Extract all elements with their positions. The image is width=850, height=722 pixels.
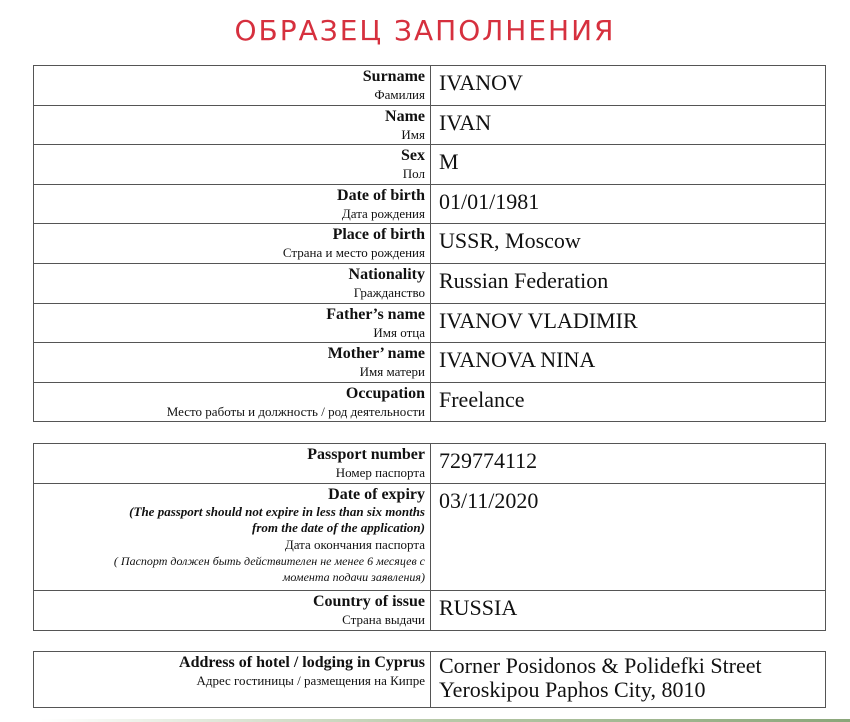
date-of-birth-field[interactable]: 01/01/1981	[431, 184, 826, 224]
surname-label: Surname Фамилия	[34, 66, 431, 106]
date-of-birth-label: Date of birth Дата рождения	[34, 184, 431, 224]
nationality-field[interactable]: Russian Federation	[431, 263, 826, 303]
table-row: Occupation Место работы и должность / ро…	[34, 382, 826, 422]
personal-info-table: Surname Фамилия IVANOV Name Имя IVAN Sex…	[33, 65, 826, 422]
table-row: Date of expiry (The passport should not …	[34, 484, 826, 591]
table-row: Passport number Номер паспорта 729774112	[34, 444, 826, 484]
occupation-field[interactable]: Freelance	[431, 382, 826, 422]
address-line-1: Corner Posidonos & Polidefki Street	[439, 654, 825, 678]
mother-name-field[interactable]: IVANOVA NINA	[431, 343, 826, 383]
father-s-name-label: Father’s name Имя отца	[34, 303, 431, 343]
address-line-2: Yeroskipou Paphos City, 8010	[439, 678, 825, 702]
country-of-issue-field[interactable]: RUSSIA	[431, 591, 826, 631]
sex-label: Sex Пол	[34, 145, 431, 185]
table-row: Mother’ name Имя матери IVANOVA NINA	[34, 343, 826, 383]
page-title: ОБРАЗЕЦ ЗАПОЛНЕНИЯ	[0, 14, 850, 47]
address-field[interactable]: Corner Posidonos & Polidefki Street Yero…	[431, 652, 826, 708]
table-row: Name Имя IVAN	[34, 105, 826, 145]
date-of-expiry-field[interactable]: 03/11/2020	[431, 484, 826, 591]
surname-field[interactable]: IVANOV	[431, 66, 826, 106]
name-label: Name Имя	[34, 105, 431, 145]
table-row: Date of birth Дата рождения 01/01/1981	[34, 184, 826, 224]
place-of-birth-label: Place of birth Страна и место рождения	[34, 224, 431, 264]
passport-number-field[interactable]: 729774112	[431, 444, 826, 484]
table-row: Place of birth Страна и место рождения U…	[34, 224, 826, 264]
table-row: Surname Фамилия IVANOV	[34, 66, 826, 106]
father-s-name-field[interactable]: IVANOV VLADIMIR	[431, 303, 826, 343]
table-row: Country of issue Страна выдачи RUSSIA	[34, 591, 826, 631]
country-of-issue-label: Country of issue Страна выдачи	[34, 591, 431, 631]
mother-name-label: Mother’ name Имя матери	[34, 343, 431, 383]
sex-field[interactable]: M	[431, 145, 826, 185]
address-label: Address of hotel / lodging in Cyprus Адр…	[34, 652, 431, 708]
date-of-expiry-label: Date of expiry (The passport should not …	[34, 484, 431, 591]
table-row: Address of hotel / lodging in Cyprus Адр…	[34, 652, 826, 708]
passport-info-table: Passport number Номер паспорта 729774112…	[33, 443, 826, 631]
occupation-label: Occupation Место работы и должность / ро…	[34, 382, 431, 422]
table-row: Sex Пол M	[34, 145, 826, 185]
table-row: Father’s name Имя отца IVANOV VLADIMIR	[34, 303, 826, 343]
table-row: Nationality Гражданство Russian Federati…	[34, 263, 826, 303]
address-table: Address of hotel / lodging in Cyprus Адр…	[33, 651, 826, 708]
place-of-birth-field[interactable]: USSR, Moscow	[431, 224, 826, 264]
nationality-label: Nationality Гражданство	[34, 263, 431, 303]
name-field[interactable]: IVAN	[431, 105, 826, 145]
passport-number-label: Passport number Номер паспорта	[34, 444, 431, 484]
